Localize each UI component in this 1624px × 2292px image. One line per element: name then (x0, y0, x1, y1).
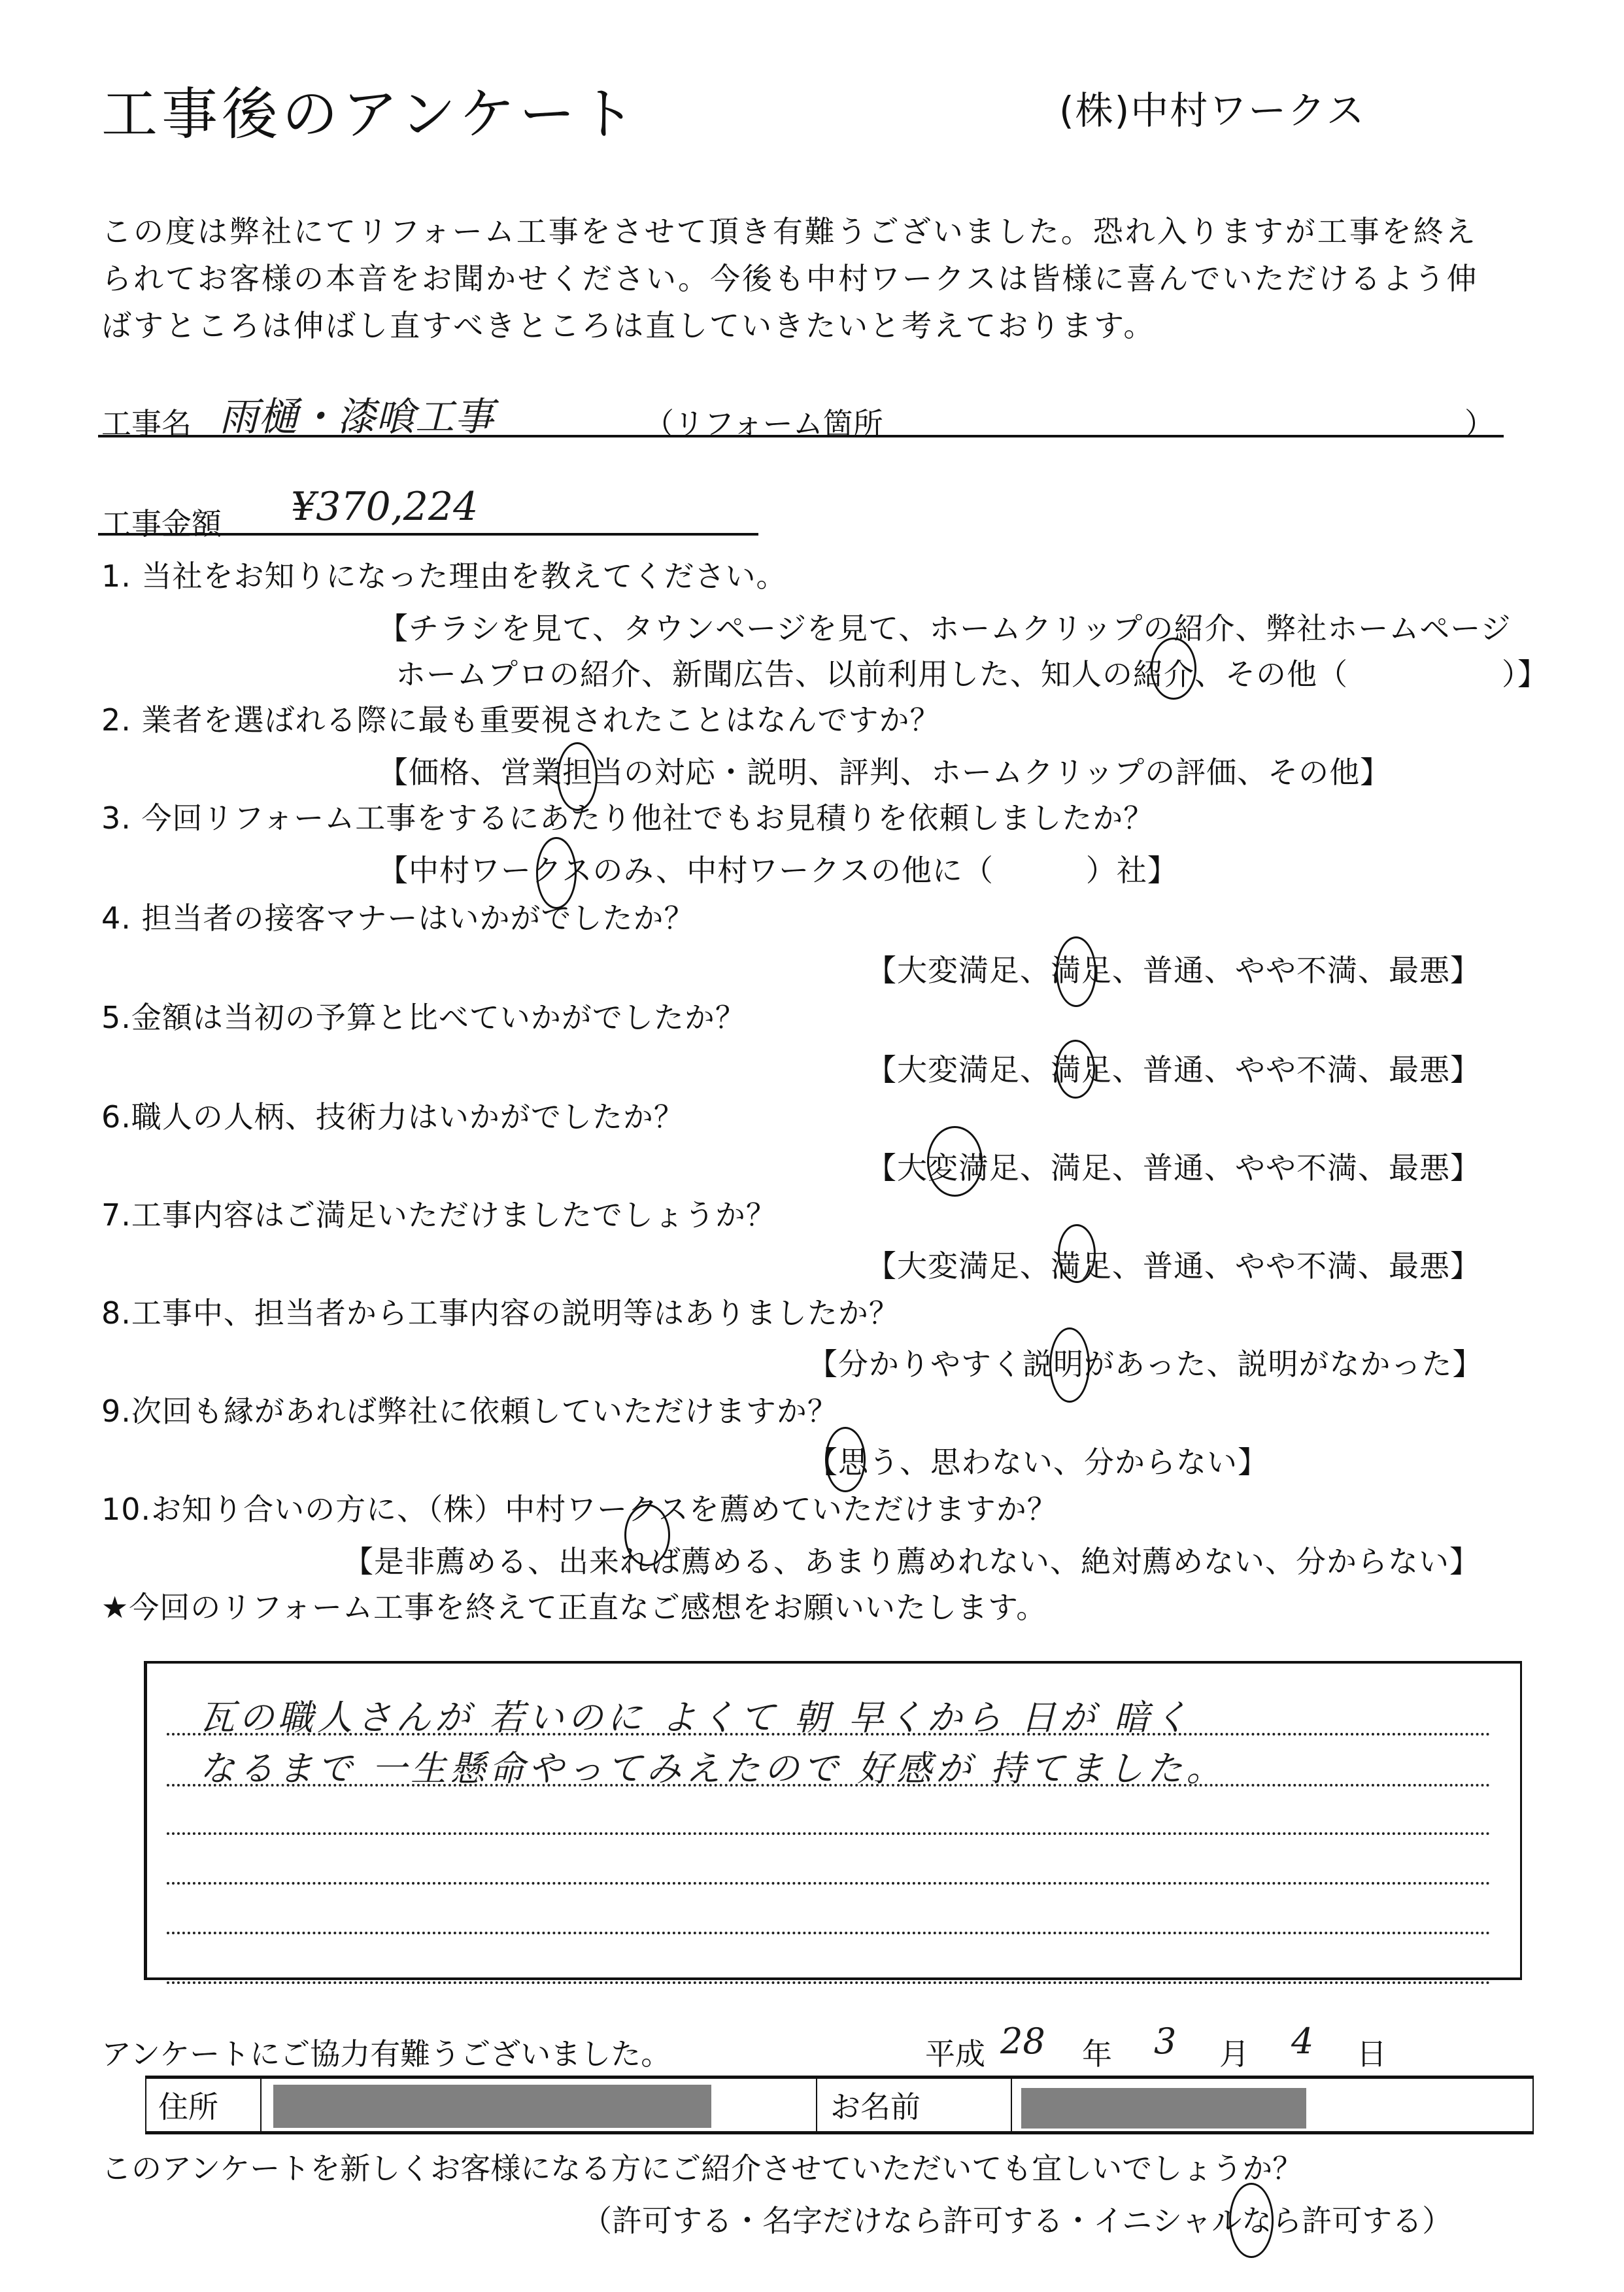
permission-question: このアンケートを新しくお客様になる方にご紹介させていただいても宜しいでしょうか？ (101, 2145, 1302, 2188)
name-field[interactable] (1012, 2079, 1532, 2131)
question-7: 7.工事内容はご満足いただけましたでしょうか？ (101, 1191, 777, 1235)
question-9-options[interactable]: 【思う、思わない、分からない】 (807, 1439, 1268, 1482)
date-day[interactable]: 4 (1291, 2021, 1313, 2062)
date-day-label: 日 (1357, 2030, 1387, 2074)
answer-circle-q10 (624, 1504, 670, 1566)
question-5: 5.金額は当初の予算と比べていかがでしたか？ (101, 994, 746, 1037)
question-3-options[interactable]: 【中村ワークスのみ、中村ワークスの他に（ ）社】 (378, 847, 1178, 890)
answer-circle-q9 (825, 1427, 866, 1492)
comment-box[interactable]: 瓦の職人さんが 若いのに よくて 朝 早くから 日が 暗く なるまで 一生懸命や… (144, 1661, 1522, 1980)
question-6: 6.職人の人柄、技術力はいかがでしたか？ (101, 1093, 685, 1137)
company-name: (株)中村ワークス (1059, 80, 1366, 135)
amount-label: 工事金額 (101, 500, 222, 543)
address-field[interactable] (262, 2079, 817, 2131)
date-month[interactable]: 3 (1154, 2021, 1176, 2062)
answer-circle-q4 (1056, 936, 1096, 1007)
page-title: 工事後のアンケート (101, 69, 639, 150)
question-4-options[interactable]: 【大変満足、満足、普通、やや不満、最悪】 (866, 947, 1481, 990)
question-5-options[interactable]: 【大変満足、満足、普通、やや不満、最悪】 (866, 1046, 1481, 1089)
question-10: 10.お知り合いの方に、（株）中村ワークスを薦めていただけますか？ (101, 1486, 1058, 1529)
question-3: 3. 今回リフォーム工事をするにあたり他社でもお見積りを依頼しましたか？ (101, 795, 1154, 838)
comment-dotted-line-6 (167, 1981, 1491, 1984)
contact-table: 住所 お名前 (145, 2076, 1534, 2134)
comment-dotted-line-1 (167, 1733, 1491, 1736)
answer-circle-q5 (1056, 1040, 1095, 1099)
work-name-underline (98, 435, 1504, 437)
question-8: 8.工事中、担当者から工事内容の説明等はありましたか？ (101, 1290, 900, 1333)
question-1: 1. 当社をお知りになった理由を教えてください。 (101, 553, 787, 596)
amount-value[interactable]: ¥370,224 (291, 484, 478, 530)
date-month-label: 月 (1219, 2030, 1249, 2074)
question-2: 2. 業者を選ばれる際に最も重要視されたことはなんですか？ (101, 696, 941, 740)
question-2-options[interactable]: 【価格、営業担当の対応・説明、評判、ホームクリップの評価、その他】 (378, 749, 1391, 792)
name-redacted (1021, 2088, 1306, 2129)
permission-options[interactable]: （許可する・名字だけなら許可する・イニシャルなら許可する） (582, 2197, 1452, 2240)
comment-dotted-line-5 (167, 1932, 1491, 1934)
date-era: 平成 (925, 2030, 985, 2074)
intro-line-3: ばすところは伸ばし直すべきところは直していきたいと考えております。 (101, 302, 1155, 345)
answer-circle-q6 (927, 1126, 983, 1197)
intro-line-2: られてお客様の本音をお聞かせください。今後も中村ワークスは皆様に喜んでいただける… (101, 255, 1479, 298)
work-name-value[interactable]: 雨樋・漆喰工事 (219, 386, 494, 442)
comment-dotted-line-3 (167, 1832, 1491, 1835)
answer-circle-q8 (1049, 1327, 1090, 1403)
intro-line-1: この度は弊社にてリフォーム工事をさせて頂き有難うございました。恐れ入りますが工事… (101, 208, 1478, 251)
comment-dotted-line-2 (167, 1784, 1491, 1787)
date-year-label: 年 (1082, 2030, 1112, 2074)
answer-circle-q7 (1058, 1224, 1096, 1283)
answer-circle-q1 (1151, 638, 1196, 700)
question-9: 9.次回も縁があれば弊社に依頼していただけますか？ (101, 1388, 838, 1431)
thanks-message: アンケートにご協力有難うございました。 (101, 2030, 671, 2074)
name-label: お名前 (817, 2079, 1012, 2131)
comment-dotted-line-4 (167, 1882, 1491, 1885)
date-year[interactable]: 28 (1000, 2021, 1045, 2062)
question-7-options[interactable]: 【大変満足、満足、普通、やや不満、最悪】 (866, 1242, 1481, 1286)
amount-underline (98, 533, 758, 536)
answer-circle-permission (1229, 2183, 1274, 2258)
question-1-options-line-2[interactable]: ホームプロの紹介、新聞広告、以前利用した、知人の紹介、その他（ ）】 (396, 651, 1548, 694)
address-redacted (273, 2085, 711, 2128)
question-4: 4. 担当者の接客マナーはいかがでしたか？ (101, 895, 695, 938)
question-10-options[interactable]: 【是非薦める、出来れば薦める、あまり薦めれない、絶対薦めない、分からない】 (343, 1538, 1480, 1581)
comment-prompt: ★今回のリフォーム工事を終えて正直なご感想をお願いいたします。 (101, 1584, 1047, 1627)
question-8-options[interactable]: 【分かりやすく説明があった、説明がなかった】 (807, 1341, 1483, 1384)
address-label: 住所 (146, 2079, 262, 2131)
question-1-options-line-1[interactable]: 【チラシを見て、タウンページを見て、ホームクリップの紹介、弊社ホームページ (378, 605, 1511, 648)
